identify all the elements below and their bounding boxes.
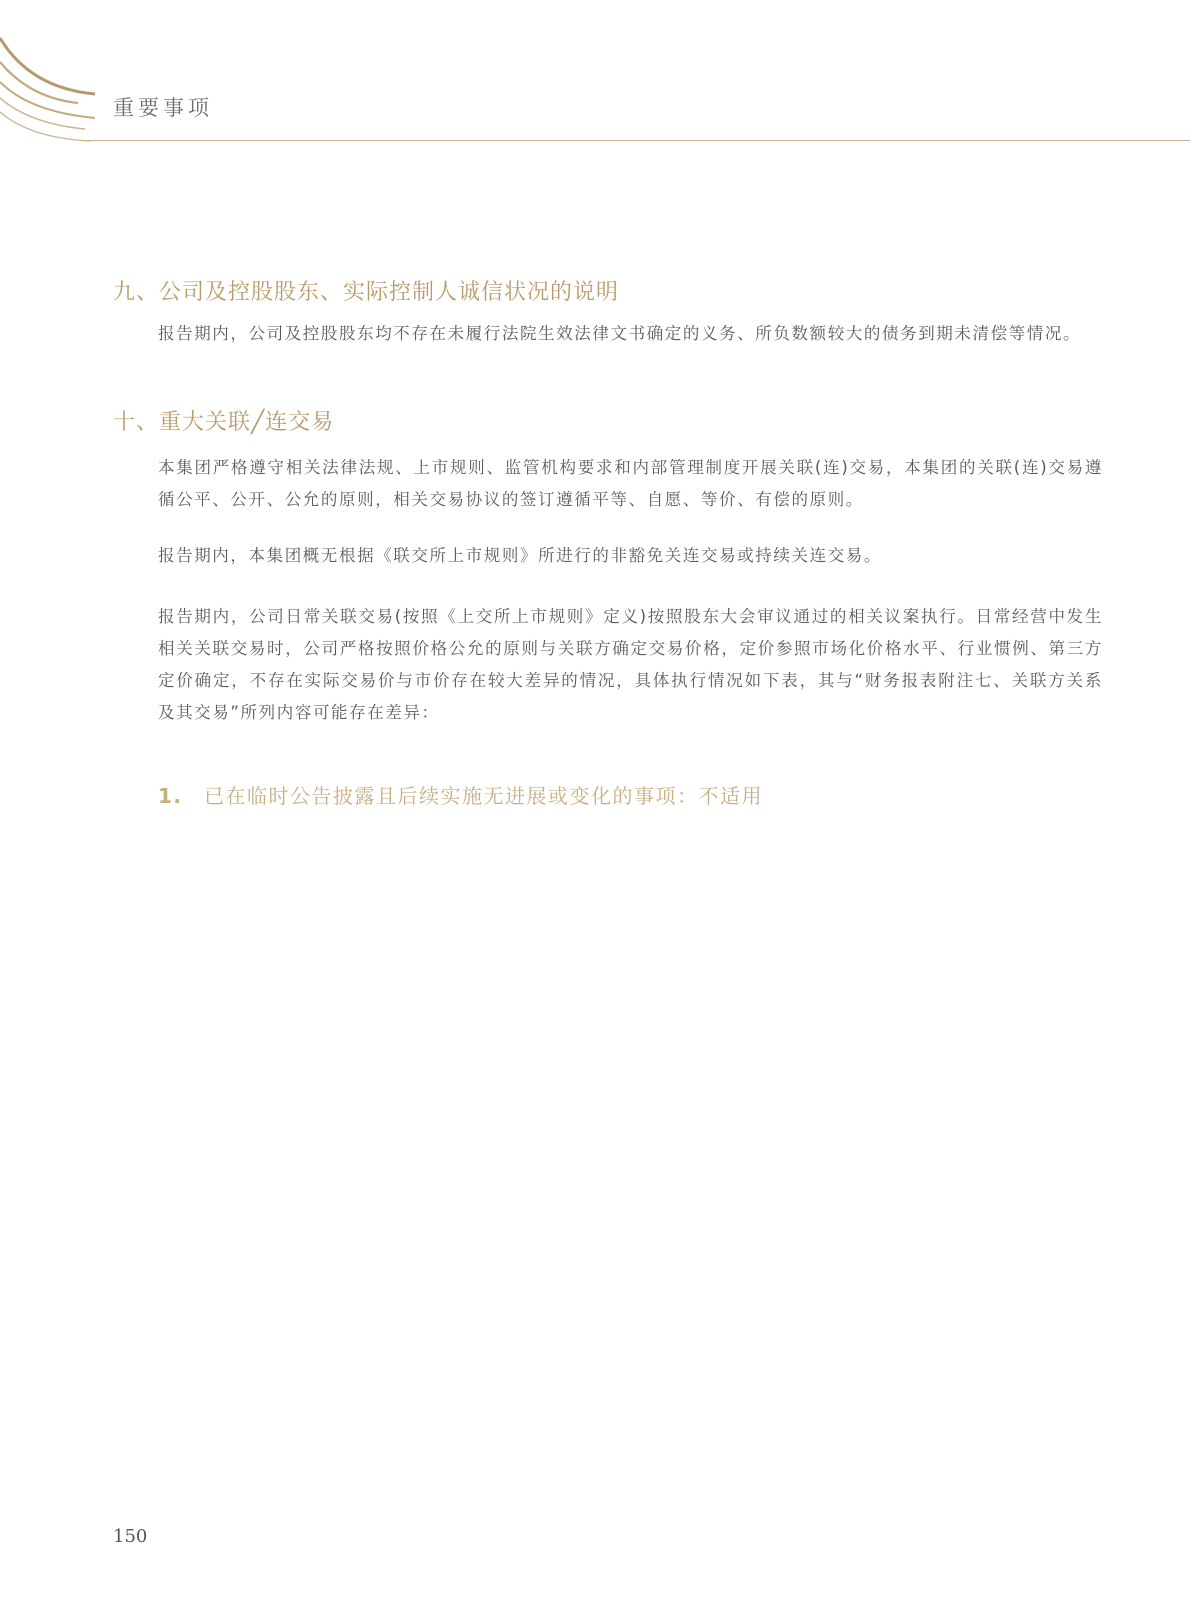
subsection-title: 已在临时公告披露且后续实施无进展或变化的事项：不适用 (204, 784, 763, 808)
paragraph-connected-transactions: 报告期内，本集团概无根据《联交所上市规则》所进行的非豁免关连交易或持续关连交易。 (158, 540, 1103, 572)
decorative-arcs-icon (0, 0, 110, 150)
page-header-title: 重要事项 (113, 92, 213, 122)
paragraph-integrity: 报告期内，公司及控股股东均不存在未履行法院生效法律文书确定的义务、所负数额较大的… (158, 318, 1103, 350)
section-heading-related-transactions: 十、重大关联╱连交易 (113, 405, 334, 436)
paragraph-daily-transactions: 报告期内，公司日常关联交易(按照《上交所上市规则》定义)按照股东大会审议通过的相… (158, 601, 1103, 729)
header-divider (80, 140, 1190, 141)
page-number: 150 (113, 1526, 147, 1547)
paragraph-compliance: 本集团严格遵守相关法律法规、上市规则、监管机构要求和内部管理制度开展关联(连)交… (158, 452, 1103, 516)
subsection-heading: 1.已在临时公告披露且后续实施无进展或变化的事项：不适用 (158, 780, 763, 809)
section-heading-integrity: 九、公司及控股股东、实际控制人诚信状况的说明 (113, 275, 619, 306)
subsection-number: 1. (158, 784, 204, 808)
